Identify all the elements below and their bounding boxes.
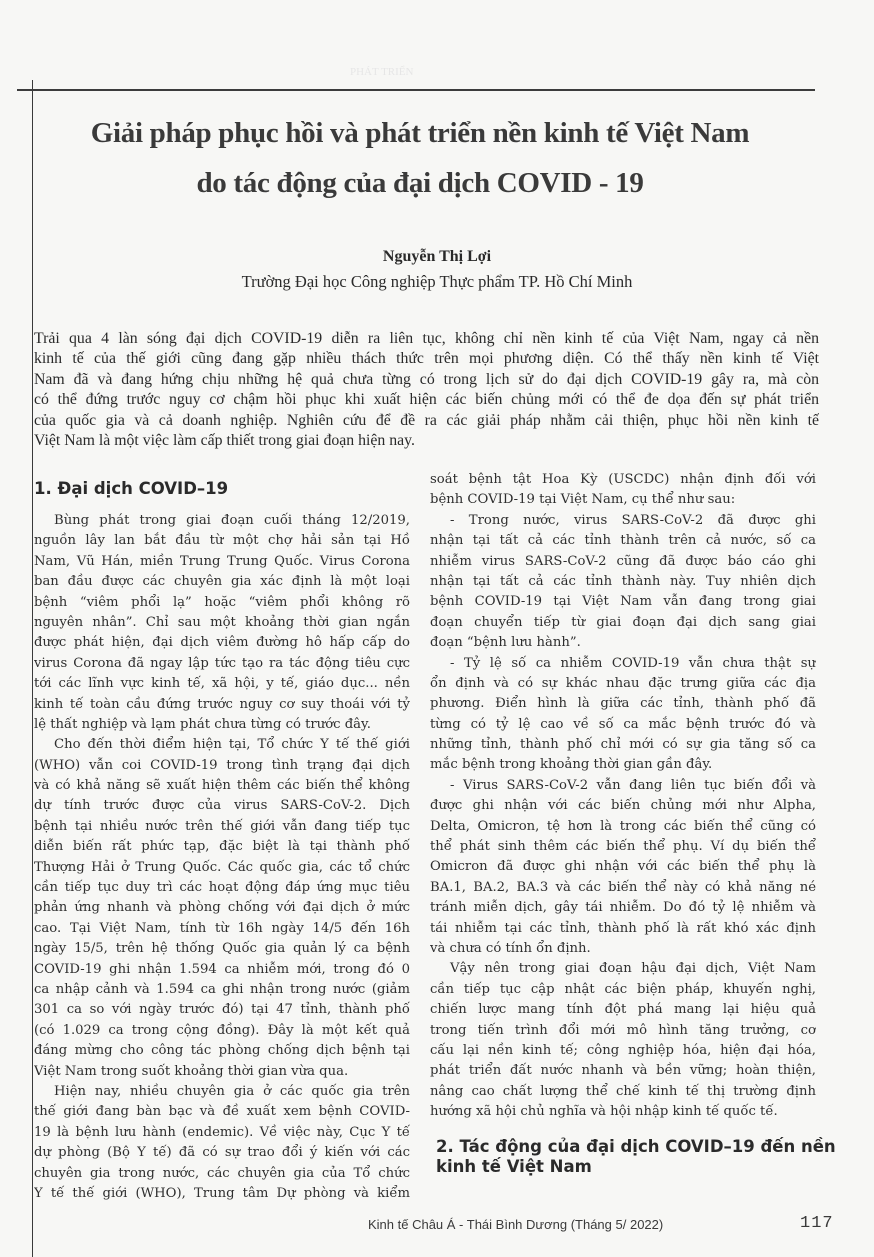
text-line: ban đầu được các chuyên gia xác định là … [34,572,410,592]
text-line: Hiện nay, nhiều chuyên gia ở các quốc gi… [34,1082,410,1102]
text-line: - Trong nước, virus SARS-CoV-2 đã được g… [430,511,816,531]
text-line: - Virus SARS-CoV-2 vẫn đang liên tục biế… [430,776,816,796]
text-line: soát bệnh tật Hoa Kỳ (USCDC) nhận định đ… [430,470,816,490]
section2-heading-line2: kinh tế Việt Nam [436,1157,592,1177]
text-line: thế giới đang bàn bạc và đề xuất xem bện… [34,1102,410,1122]
text-line: hướng xã hội chủ nghĩa và hội nhập kinh … [430,1102,816,1122]
text-line: phát triển đất nước nhanh và bền vững; h… [430,1061,816,1081]
text-line: COVID-19 ghi nhận 1.594 ca nhiễm mới, tr… [34,960,410,980]
text-line: cần tiếp tục cập nhật các biện pháp, khu… [430,980,816,1000]
text-line: đoạn chuyển tiếp từ giai đoạn đại dịch s… [430,613,816,633]
text-line: Y tế thế giới (WHO), Trung tâm Dự phòng … [34,1184,410,1204]
text-line: Bùng phát trong giai đoạn cuối tháng 12/… [34,511,410,531]
abstract-line: Việt Nam là một việc làm cấp thiết trong… [34,431,819,451]
text-line: tránh miễn dịch, gây tái nhiễm. Do đó tỷ… [430,898,816,918]
left-column: Bùng phát trong giai đoạn cuối tháng 12/… [34,511,410,1204]
journal-page: PHÁT TRIỂN Giải pháp phục hồi và phát tr… [0,0,874,1257]
text-line: được ghi nhận với các biến chủng mới như… [430,796,816,816]
text-line: ổn định và có sự khác nhau đặc trưng giữ… [430,674,816,694]
text-line: phương. Điển hình là giữa các tỉnh, thàn… [430,694,816,714]
text-line: tái nhiễm tại các tỉnh, thành phố là rất… [430,919,816,939]
text-line: Thượng Hải ở Trung Quốc. Các quốc gia, c… [34,858,410,878]
text-line: Cho đến thời điểm hiện tại, Tổ chức Y tế… [34,735,410,755]
text-line: bệnh tại nhiều nước trên thế giới vẫn đa… [34,817,410,837]
text-line: được phát hiện, đại dịch viêm đường hô h… [34,633,410,653]
text-line: (có 1.029 ca trong cộng đồng). Đây là mộ… [34,1021,410,1041]
abstract-line: Nam đã và đang hứng chịu những hệ quả ch… [34,370,819,390]
text-line: lệ thất nghiệp và lạm phát chưa từng có … [34,715,410,735]
bleed-through-header: PHÁT TRIỂN [350,66,550,80]
text-line: và chưa có tính ổn định. [430,939,816,959]
text-line: cấu lại nền kinh tế; công nghiệp hóa, hi… [430,1041,816,1061]
text-line: trong tiến trình đổi mới mô hình tăng tr… [430,1021,816,1041]
text-line: ngày 15/5, trên hệ thống Quốc gia quản l… [34,939,410,959]
text-line: BA.1, BA.2, BA.3 và các biến thể này có … [430,878,816,898]
text-line: bệnh “viêm phổi lạ” hoặc “viêm phổi khôn… [34,593,410,613]
text-line: mắc bệnh trong khoảng thời gian gần đây. [430,755,816,775]
text-line: đoạn “bệnh lưu hành”. [430,633,816,653]
text-line: nguồn lây lan bắt đầu từ một chợ hải sản… [34,531,410,551]
text-line: phản ứng nhanh và phòng chống với đại dị… [34,898,410,918]
text-line: diễn biến rất phức tạp, đặc biệt là tại … [34,837,410,857]
text-line: cần tiếp tục duy trì các hoạt động đáp ứ… [34,878,410,898]
text-line: (WHO) vẫn coi COVID-19 trong tình trạng … [34,756,410,776]
text-line: nhận tại tất cả các tỉnh thành trên cả n… [430,531,816,551]
author-affiliation: Trường Đại học Công nghiệp Thực phẩm TP.… [0,272,874,292]
text-line: kinh tế toàn cầu đứng trước nguy cơ suy … [34,695,410,715]
text-line: từng có tỷ lệ cao về số ca mắc bệnh trướ… [430,715,816,735]
text-line: dự tính trước được của virus SARS-CoV-2.… [34,796,410,816]
header-rule [17,89,815,91]
text-line: bệnh COVID-19 tại Việt Nam, cụ thể như s… [430,490,816,510]
text-line: nhận tại tất cả các tỉnh thành này. Tuy … [430,572,816,592]
page-number: 117 [800,1214,834,1233]
text-line: thể phát sinh thêm các biến thể phụ. Ví … [430,837,816,857]
text-line: bệnh COVID-19 tại Việt Nam vẫn đang tron… [430,592,816,612]
text-line: cao. Tại Việt Nam, tính từ 16h ngày 14/5… [34,919,410,939]
right-column: soát bệnh tật Hoa Kỳ (USCDC) nhận định đ… [430,470,816,1123]
text-line: ca nhập cảnh và 1.594 ca ghi nhận trong … [34,980,410,1000]
text-line: Vậy nên trong giai đoạn hậu đại dịch, Vi… [430,959,816,979]
text-line: và có khả năng sẽ xuất hiện thêm các biế… [34,776,410,796]
text-line: dự phòng (Bộ Y tế) đã có sự trao đổi ý k… [34,1143,410,1163]
text-line: - Tỷ lệ số ca nhiễm COVID-19 vẫn chưa th… [430,654,816,674]
abstract: Trải qua 4 làn sóng đại dịch COVID-19 di… [34,329,819,451]
text-line: nguyên nhân”. Chỉ sau một khoảng thời gi… [34,613,410,633]
abstract-line: có thể đứng trước nguy cơ chậm hồi phục … [34,390,819,410]
abstract-line: của quốc gia và cả doanh nghiệp. Nghiên … [34,411,819,431]
text-line: Việt Nam trong suốt khoảng thời gian vừa… [34,1062,410,1082]
text-line: Delta, Omicron, tệ hơn là trong các biến… [430,817,816,837]
text-line: tới các lĩnh vực kinh tế, xã hội, y tế, … [34,674,410,694]
text-line: virus Corona đã ngay lập tức tạo ra tác … [34,654,410,674]
text-line: nhiễm virus SARS-CoV-2 cũng đã được báo … [430,552,816,572]
text-line: 19 là bệnh lưu hành (endemic). Về việc n… [34,1123,410,1143]
text-line: Nam, Vũ Hán, miền Trung Trung Quốc. Viru… [34,552,410,572]
abstract-line: kinh tế của thế giới cũng đang gặp nhiều… [34,349,819,369]
article-title-line1: Giải pháp phục hồi và phát triển nền kin… [20,116,820,151]
text-line: chuyên gia trong nước, các chuyên gia củ… [34,1164,410,1184]
text-line: Omicron đã được ghi nhận với các biến th… [430,857,816,877]
abstract-line: Trải qua 4 làn sóng đại dịch COVID-19 di… [34,329,819,349]
text-line: nâng cao chất lượng thể chế kinh tế thị … [430,1082,816,1102]
text-line: 301 ca so với ngày trước đó) tại 47 tỉnh… [34,1000,410,1020]
section1-heading: 1. Đại dịch COVID–19 [34,479,228,499]
article-title-line2: do tác động của đại dịch COVID - 19 [20,166,820,201]
text-line: chiến lược mang tính đột phá mang lại hi… [430,1000,816,1020]
author-name: Nguyễn Thị Lợi [0,248,874,266]
text-line: đáng mừng cho công tác phòng chống dịch … [34,1041,410,1061]
journal-footer: Kinh tế Châu Á - Thái Bình Dương (Tháng … [368,1217,663,1232]
text-line: những tỉnh, thành phố chỉ mới có sự gia … [430,735,816,755]
section2-heading-line1: 2. Tác động của đại dịch COVID–19 đến nề… [436,1137,836,1157]
